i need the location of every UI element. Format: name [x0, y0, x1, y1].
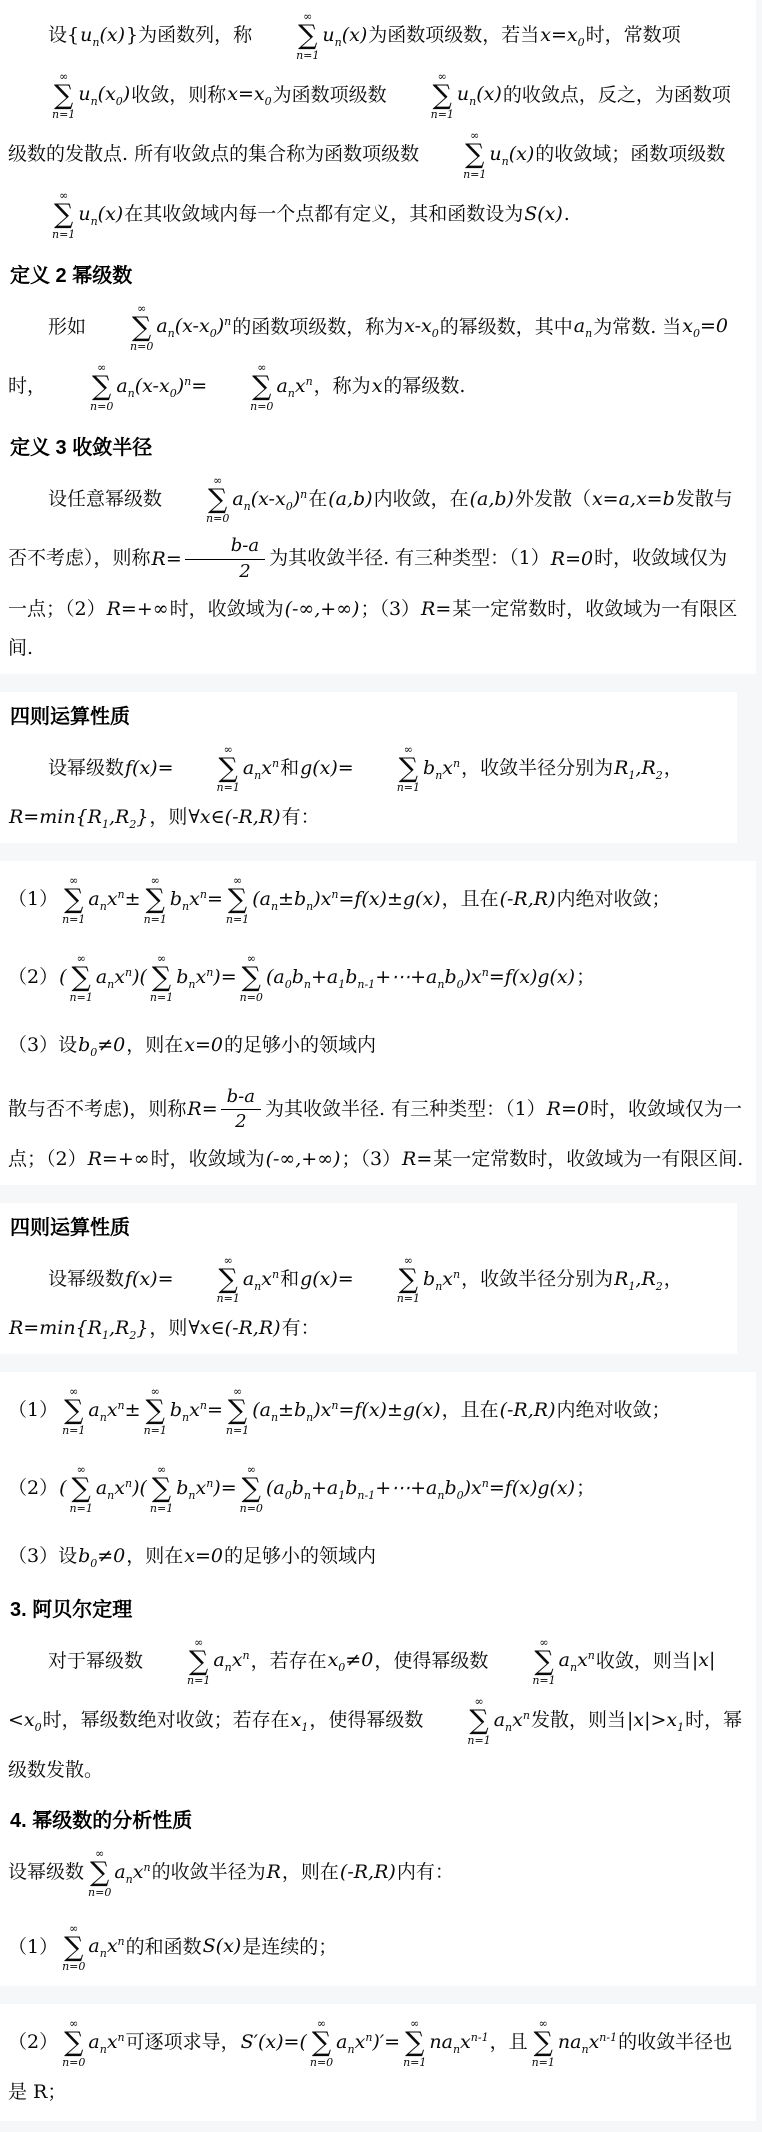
subscript: n	[437, 1489, 444, 1502]
text-run: 时，收敛域为	[151, 1148, 265, 1170]
text-run: ，使得幂级数	[309, 1709, 423, 1731]
summation-symbol: ∞∑n=0	[240, 953, 263, 1003]
math-run: ∞∑n=1anxn±∞∑n=1bnxn=∞∑n=1(an±bn)xn=f(x)±…	[58, 1399, 441, 1421]
subscript: n	[168, 327, 175, 340]
subscript: n	[107, 1489, 114, 1502]
paragraph: 散与否不考虑)，则称R=b-a2为其收敛半径. 有三种类型：（1）R=0时，收敛…	[0, 1074, 756, 1185]
math-run: (-R,R)	[339, 1861, 397, 1883]
subscript: 0	[578, 36, 585, 49]
summation-symbol: ∞∑n=1	[62, 875, 85, 925]
formula-item: （1）∞∑n=1anxn±∞∑n=1bnxn=∞∑n=1(an±bn)xn=f(…	[0, 1372, 756, 1450]
sum-lower-limit: n=0	[62, 2057, 85, 2068]
math-run: R=	[401, 1148, 433, 1170]
subscript: n	[304, 978, 311, 991]
sum-lower-limit: n=1	[357, 1293, 420, 1304]
text-run: 为函数项级数	[273, 83, 387, 105]
superscript: n	[143, 1861, 150, 1874]
math-run: ∀x∈(-R,R)	[187, 1317, 281, 1339]
summation-symbol: ∞∑n=1	[12, 71, 75, 121]
sigma-glyph: ∑	[179, 1267, 238, 1293]
sigma-glyph: ∑	[146, 1398, 165, 1424]
sigma-glyph: ∑	[152, 1476, 171, 1502]
math-run: ∞∑n=1anxn	[488, 1649, 596, 1671]
subscript: n	[306, 900, 313, 913]
sum-lower-limit: n=1	[391, 109, 454, 120]
text-run: （1）	[8, 888, 58, 910]
math-run: ∞∑n=1un(x)	[252, 24, 368, 46]
superscript: n	[453, 1268, 460, 1281]
summation-symbol: ∞∑n=0	[90, 303, 153, 353]
subscript: n	[435, 1280, 442, 1293]
summation-symbol: ∞∑n=1	[144, 1386, 167, 1436]
text-run: 设幂级数	[8, 1861, 84, 1883]
text-run: 的和函数	[126, 1935, 202, 1957]
math-run: x=0	[183, 1545, 224, 1567]
sum-lower-limit: n=0	[310, 2057, 333, 2068]
math-run: ∞∑n=0anxn	[58, 2031, 126, 2053]
superscript: n	[272, 1268, 279, 1281]
text-run: 定义 3 收敛半径	[10, 437, 152, 459]
text-run: 的足够小的领域内	[224, 1545, 376, 1567]
text-run: 的收敛域；函数项级数	[535, 143, 725, 165]
text-run: ，	[664, 1268, 683, 1290]
superscript: n	[588, 1649, 595, 1662]
paragraph: 形如∞∑n=0an(x-x0)n的函数项级数，称为x-x0的幂级数，其中an为常…	[0, 292, 756, 423]
sigma-glyph: ∑	[14, 83, 73, 109]
superscript: n	[331, 888, 338, 901]
sum-lower-limit: n=0	[210, 401, 273, 412]
text-run: ，则	[149, 1317, 187, 1339]
math-run: b0≠0	[77, 1545, 126, 1567]
text-run: 的幂级数.	[383, 375, 465, 397]
text-run: 可逐项求导，	[126, 2031, 240, 2053]
superscript: n	[118, 1399, 125, 1412]
subscript: n	[335, 36, 342, 49]
sigma-glyph: ∑	[52, 374, 111, 400]
sigma-glyph: ∑	[64, 887, 83, 913]
sum-lower-limit: n=1	[492, 1675, 555, 1686]
summation-symbol: ∞∑n=1	[423, 130, 486, 180]
subscript: n-1	[357, 978, 375, 991]
summation-symbol: ∞∑n=0	[240, 1464, 263, 1514]
math-run: (a,b)	[469, 488, 515, 510]
fraction: b-a2	[221, 1087, 261, 1133]
sigma-glyph: ∑	[534, 2030, 553, 2056]
subscript: n	[100, 2043, 107, 2056]
subscript: n	[437, 978, 444, 991]
summation-symbol: ∞∑n=0	[310, 2018, 333, 2068]
sigma-glyph: ∑	[90, 1860, 109, 1886]
sigma-glyph: ∑	[72, 965, 91, 991]
summation-symbol: ∞∑n=1	[256, 11, 319, 61]
text-run: 设任意幂级数	[48, 488, 162, 510]
math-run: f(x)=∞∑n=1anxn	[124, 757, 280, 779]
text-run: 收敛，则称	[131, 83, 226, 105]
subscript: n	[128, 387, 135, 400]
summation-symbol: ∞∑n=1	[357, 1255, 420, 1305]
superscript: n	[125, 966, 132, 979]
summation-symbol: ∞∑n=1	[147, 1637, 210, 1687]
sum-lower-limit: n=1	[144, 1425, 167, 1436]
math-run: ∞∑n=0an(x-x0)n	[86, 315, 232, 337]
sigma-glyph: ∑	[152, 965, 171, 991]
subscript: 0	[90, 1557, 97, 1570]
sigma-glyph: ∑	[64, 1398, 83, 1424]
text-run: 是连续的；	[242, 1935, 337, 1957]
math-run: x1	[290, 1709, 310, 1731]
subscript: n	[244, 500, 251, 513]
math-run: R1,R2	[613, 757, 664, 779]
subscript: n	[188, 1489, 195, 1502]
sigma-glyph: ∑	[393, 83, 452, 109]
text-run: ；（3）	[360, 598, 420, 620]
sum-lower-limit: n=0	[166, 513, 229, 524]
paragraph: 设{un(x)}为函数列，称∞∑n=1un(x)为函数项级数，若当x=x0时，常…	[0, 0, 756, 251]
subscript: n	[271, 1411, 278, 1424]
text-run: 4. 幂级数的分析性质	[10, 1810, 192, 1832]
summation-symbol: ∞∑n=1	[150, 1464, 173, 1514]
subscript: 2	[656, 769, 663, 782]
math-run: ∞∑n=0an(x-x0)n=∞∑n=0anxn	[46, 375, 314, 397]
text-run: 的幂级数，其中	[440, 315, 573, 337]
section-heading: 定义 3 收敛半径	[0, 423, 756, 464]
subscript: 0	[457, 1489, 464, 1502]
sigma-glyph: ∑	[359, 1267, 418, 1293]
math-run: R=min{R1,R2}	[8, 806, 149, 828]
formula-item: （2）(∞∑n=1anxn)(∞∑n=1bnxn)=∞∑n=0(a0bn+a1b…	[0, 939, 756, 1017]
subscript: n	[188, 978, 195, 991]
sigma-glyph: ∑	[242, 1476, 261, 1502]
text-run: （3）设	[8, 1034, 77, 1056]
superscript: n	[453, 757, 460, 770]
sum-lower-limit: n=1	[423, 169, 486, 180]
sum-lower-limit: n=1	[256, 50, 319, 61]
sigma-glyph: ∑	[168, 487, 227, 513]
sum-lower-limit: n=1	[62, 1425, 85, 1436]
subscript: n	[348, 2043, 355, 2056]
subscript: n	[182, 900, 189, 913]
text-run: 设幂级数	[48, 757, 124, 779]
sigma-glyph: ∑	[212, 374, 271, 400]
subscript: n	[100, 1411, 107, 1424]
summation-symbol: ∞∑n=0	[62, 1923, 85, 1973]
sigma-glyph: ∑	[92, 315, 151, 341]
math-run: x=0	[183, 1034, 224, 1056]
sigma-glyph: ∑	[228, 1398, 247, 1424]
sum-lower-limit: n=1	[177, 1293, 240, 1304]
summation-symbol: ∞∑n=0	[88, 1848, 111, 1898]
text-run: 外发散（	[515, 488, 591, 510]
summation-symbol: ∞∑n=0	[210, 362, 273, 412]
math-run: R=b-a2	[186, 1098, 265, 1120]
text-run: 散与否不考虑)，则称	[8, 1098, 186, 1120]
sum-lower-limit: n=1	[62, 914, 85, 925]
summation-symbol: ∞∑n=0	[62, 2018, 85, 2068]
text-run: ；	[576, 966, 595, 988]
summation-symbol: ∞∑n=1	[357, 744, 420, 794]
sum-lower-limit: n=0	[88, 1887, 111, 1898]
text-run: 的函数项级数，称为	[232, 315, 403, 337]
sum-lower-limit: n=1	[226, 1425, 249, 1436]
subscript: 0	[90, 1046, 97, 1059]
math-run: x=x0	[539, 24, 585, 46]
math-run: R=+∞	[106, 598, 170, 620]
summation-symbol: ∞∑n=1	[391, 71, 454, 121]
subscript: 1	[628, 769, 635, 782]
fraction: b-a2	[185, 536, 265, 582]
summation-symbol: ∞∑n=1	[427, 1696, 490, 1746]
subscript: n	[585, 327, 592, 340]
math-run: |x|>x1	[626, 1709, 685, 1731]
math-run: (∞∑n=1anxn)(∞∑n=1bnxn)=∞∑n=0(a0bn+a1bn-1…	[58, 966, 576, 988]
math-run: un(x)	[79, 24, 126, 46]
text-run: 内收敛，在	[374, 488, 469, 510]
summation-symbol: ∞∑n=1	[226, 1386, 249, 1436]
summation-symbol: ∞∑n=1	[12, 190, 75, 240]
formula-item: （2）∞∑n=0anxn可逐项求导，S′(x)=(∞∑n=0anxn)′=∞∑n…	[0, 2004, 756, 2121]
sum-lower-limit: n=1	[70, 1503, 93, 1514]
math-run: (-∞,+∞)	[265, 1148, 342, 1170]
text-run: 的收敛半径为	[152, 1861, 266, 1883]
text-run: 有：	[282, 806, 320, 828]
subscript: n	[254, 769, 261, 782]
sigma-glyph: ∑	[64, 2030, 83, 2056]
document-content: 设{un(x)}为函数列，称∞∑n=1un(x)为函数项级数，若当x=x0时，常…	[0, 0, 762, 2121]
math-run: (∞∑n=1anxn)(∞∑n=1bnxn)=∞∑n=0(a0bn+a1bn-1…	[58, 1477, 576, 1499]
superscript: n	[118, 888, 125, 901]
document-page: 设{un(x)}为函数列，称∞∑n=1un(x)为函数项级数，若当x=x0时，常…	[0, 0, 762, 2132]
subscript: n	[91, 215, 98, 228]
math-run: R	[266, 1861, 282, 1883]
subscript: n	[182, 1411, 189, 1424]
text-run: （3）设	[8, 1545, 77, 1567]
subscript: n	[100, 1947, 107, 1960]
superscript: n	[523, 1709, 530, 1722]
math-run: R=	[420, 598, 452, 620]
subscript: n	[92, 36, 99, 49]
summation-symbol: ∞∑n=1	[226, 875, 249, 925]
sum-lower-limit: n=1	[150, 992, 173, 1003]
subscript: n	[107, 978, 114, 991]
subscript: 0	[432, 327, 439, 340]
superscript: n	[206, 966, 213, 979]
math-run: R=0	[550, 548, 594, 570]
summation-symbol: ∞∑n=1	[62, 1386, 85, 1436]
subscript: 0	[35, 1721, 42, 1734]
summation-symbol: ∞∑n=1	[70, 1464, 93, 1514]
summation-symbol: ∞∑n=0	[50, 362, 113, 412]
math-run: R=0	[546, 1098, 590, 1120]
math-run: ∞∑n=1un(x0)	[8, 83, 131, 105]
subscript: n	[453, 2043, 460, 2056]
formula-item: （3）设b0≠0，则在x=0的足够小的领域内	[0, 1528, 756, 1585]
sigma-glyph: ∑	[72, 1476, 91, 1502]
sum-lower-limit: n=0	[62, 1961, 85, 1972]
math-run: (-∞,+∞)	[284, 598, 361, 620]
subscript: n	[435, 769, 442, 782]
text-run: 时，收敛域为	[170, 598, 284, 620]
text-run: 和	[280, 757, 299, 779]
text-run: ；	[576, 1477, 595, 1499]
math-run: (-R,R)	[499, 1399, 557, 1421]
text-run: （2）	[8, 2031, 58, 2053]
sigma-glyph: ∑	[425, 142, 484, 168]
subscript: 2	[129, 1329, 136, 1342]
text-run: ，收敛半径分别为	[461, 1268, 613, 1290]
subscript: 0	[285, 978, 292, 991]
sigma-glyph: ∑	[312, 2030, 331, 2056]
text-run: ；（3）	[341, 1148, 401, 1170]
math-run: R=b-a2	[151, 548, 270, 570]
math-run: ∞∑n=0anxn	[58, 1935, 126, 1957]
subscript: 2	[656, 1280, 663, 1293]
math-run: (a,b)	[327, 488, 373, 510]
summation-symbol: ∞∑n=1	[70, 953, 93, 1003]
subscript: n	[288, 387, 295, 400]
math-run: ∞∑n=1un(x)	[8, 203, 124, 225]
subscript: n	[126, 1873, 133, 1886]
section-heading: 定义 2 幂级数	[0, 251, 756, 292]
math-run: ∞∑n=1un(x)	[387, 83, 503, 105]
section-heading: 4. 幂级数的分析性质	[0, 1796, 756, 1837]
text-run: 和	[280, 1268, 299, 1290]
math-run: ∞∑n=1nanxn-1	[528, 2031, 619, 2053]
text-run: 内绝对收敛；	[557, 888, 671, 910]
summation-symbol: ∞∑n=1	[177, 744, 240, 794]
text-run: 时，常数项	[586, 24, 681, 46]
subscript: 0	[210, 327, 217, 340]
sigma-glyph: ∑	[429, 1708, 488, 1734]
text-run: 某一定常数时，收敛域为一有限区间.	[433, 1148, 743, 1170]
summation-symbol: ∞∑n=1	[144, 875, 167, 925]
math-run: (-R,R)	[499, 888, 557, 910]
superscript: n	[272, 757, 279, 770]
math-run: g(x)=∞∑n=1bnxn	[299, 757, 461, 779]
sum-lower-limit: n=1	[12, 229, 75, 240]
section-heading: 3. 阿贝尔定理	[0, 1585, 756, 1626]
math-run: S(x)	[202, 1935, 243, 1957]
math-run: ∞∑n=1anxn	[143, 1649, 251, 1671]
text-run: 为常数. 当	[593, 315, 681, 337]
sigma-glyph: ∑	[179, 756, 238, 782]
paragraph: 设幂级数f(x)=∞∑n=1anxn和g(x)=∞∑n=1bnxn，收敛半径分别…	[0, 733, 737, 844]
superscript: n	[242, 1649, 249, 1662]
sum-lower-limit: n=0	[240, 1503, 263, 1514]
sigma-glyph: ∑	[228, 887, 247, 913]
subscript: n-1	[357, 1489, 375, 1502]
text-run: （1）	[8, 1399, 58, 1421]
text-run: 内绝对收敛；	[557, 1399, 671, 1421]
math-run: x	[371, 375, 384, 397]
text-run: 设{	[48, 24, 79, 46]
sum-lower-limit: n=1	[144, 914, 167, 925]
sum-lower-limit: n=1	[357, 782, 420, 793]
subscript: 0	[285, 1489, 292, 1502]
text-run: 对于幂级数	[48, 1649, 143, 1671]
subscript: 1	[338, 1489, 345, 1502]
sum-lower-limit: n=1	[70, 992, 93, 1003]
sum-lower-limit: n=1	[150, 1503, 173, 1514]
sigma-glyph: ∑	[242, 965, 261, 991]
superscript: n	[118, 1935, 125, 1948]
math-run: ∞∑n=1anxn	[423, 1709, 531, 1731]
sum-lower-limit: n=0	[50, 401, 113, 412]
subscript: n	[570, 1661, 577, 1674]
text-run: 设幂级数	[48, 1268, 124, 1290]
superscript: n	[200, 888, 207, 901]
math-run: S′(x)=(∞∑n=0anxn)′=∞∑n=1nanxn-1	[240, 2031, 490, 2053]
superscript: n-1	[471, 2031, 489, 2044]
text-run: 在	[308, 488, 327, 510]
math-run: S(x)	[523, 203, 564, 225]
text-run: ，且在	[442, 1399, 499, 1421]
subscript: 1	[628, 1280, 635, 1293]
sum-lower-limit: n=1	[147, 1675, 210, 1686]
subscript: n	[505, 1721, 512, 1734]
sigma-glyph: ∑	[359, 756, 418, 782]
text-run: ，	[664, 757, 683, 779]
text-run: ，则在	[126, 1545, 183, 1567]
text-run: ，使得幂级数	[374, 1649, 488, 1671]
math-run: ∞∑n=0anxn	[84, 1861, 152, 1883]
sum-lower-limit: n=1	[226, 914, 249, 925]
sigma-glyph: ∑	[405, 2030, 424, 2056]
subscript: n	[581, 2043, 588, 2056]
sigma-glyph: ∑	[149, 1649, 208, 1675]
text-run: 定义 2 幂级数	[10, 265, 132, 287]
text-run: ，则在	[282, 1861, 339, 1883]
superscript: n	[365, 2031, 372, 2044]
text-run: ，若存在	[251, 1649, 327, 1671]
text-run: （2）	[8, 966, 58, 988]
subscript: 1	[301, 1721, 308, 1734]
subscript: n	[225, 1661, 232, 1674]
subscript: 0	[457, 978, 464, 991]
text-run: 四则运算性质	[10, 1217, 130, 1239]
superscript: n	[224, 315, 231, 328]
sum-lower-limit: n=1	[427, 1735, 490, 1746]
superscript: n-1	[599, 2031, 617, 2044]
text-run: 收敛，则当	[596, 1649, 691, 1671]
summation-symbol: ∞∑n=1	[150, 953, 173, 1003]
superscript: n	[206, 1477, 213, 1490]
fraction-numerator: b-a	[221, 1087, 261, 1111]
math-run: ∀x∈(-R,R)	[187, 806, 281, 828]
math-run: ∞∑n=1anxn±∞∑n=1bnxn=∞∑n=1(an±bn)xn=f(x)±…	[58, 888, 441, 910]
text-run: 为函数项级数，若当	[368, 24, 539, 46]
math-run: an	[573, 315, 593, 337]
formula-item: （2）(∞∑n=1anxn)(∞∑n=1bnxn)=∞∑n=0(a0bn+a1b…	[0, 1450, 756, 1528]
fraction-denominator: 2	[185, 560, 265, 583]
text-run: 3. 阿贝尔定理	[10, 1599, 132, 1621]
subscript: 1	[338, 978, 345, 991]
superscript: n	[184, 375, 191, 388]
math-run: f(x)=∞∑n=1anxn	[124, 1268, 280, 1290]
math-run: b0≠0	[77, 1034, 126, 1056]
math-run: x0=0	[681, 315, 729, 337]
sigma-glyph: ∑	[494, 1649, 553, 1675]
paragraph: 设任意幂级数∞∑n=0an(x-x0)n在(a,b)内收敛，在(a,b)外发散（…	[0, 464, 756, 674]
subscript: 0	[265, 95, 272, 108]
subscript: n	[271, 900, 278, 913]
math-run: x=x0	[226, 83, 272, 105]
sum-lower-limit: n=1	[532, 2057, 555, 2068]
text-run: }为函数列，称	[126, 24, 252, 46]
text-run: ，则	[149, 806, 187, 828]
section-heading: 四则运算性质	[0, 692, 737, 733]
superscript: n	[300, 488, 307, 501]
subscript: 2	[129, 818, 136, 831]
